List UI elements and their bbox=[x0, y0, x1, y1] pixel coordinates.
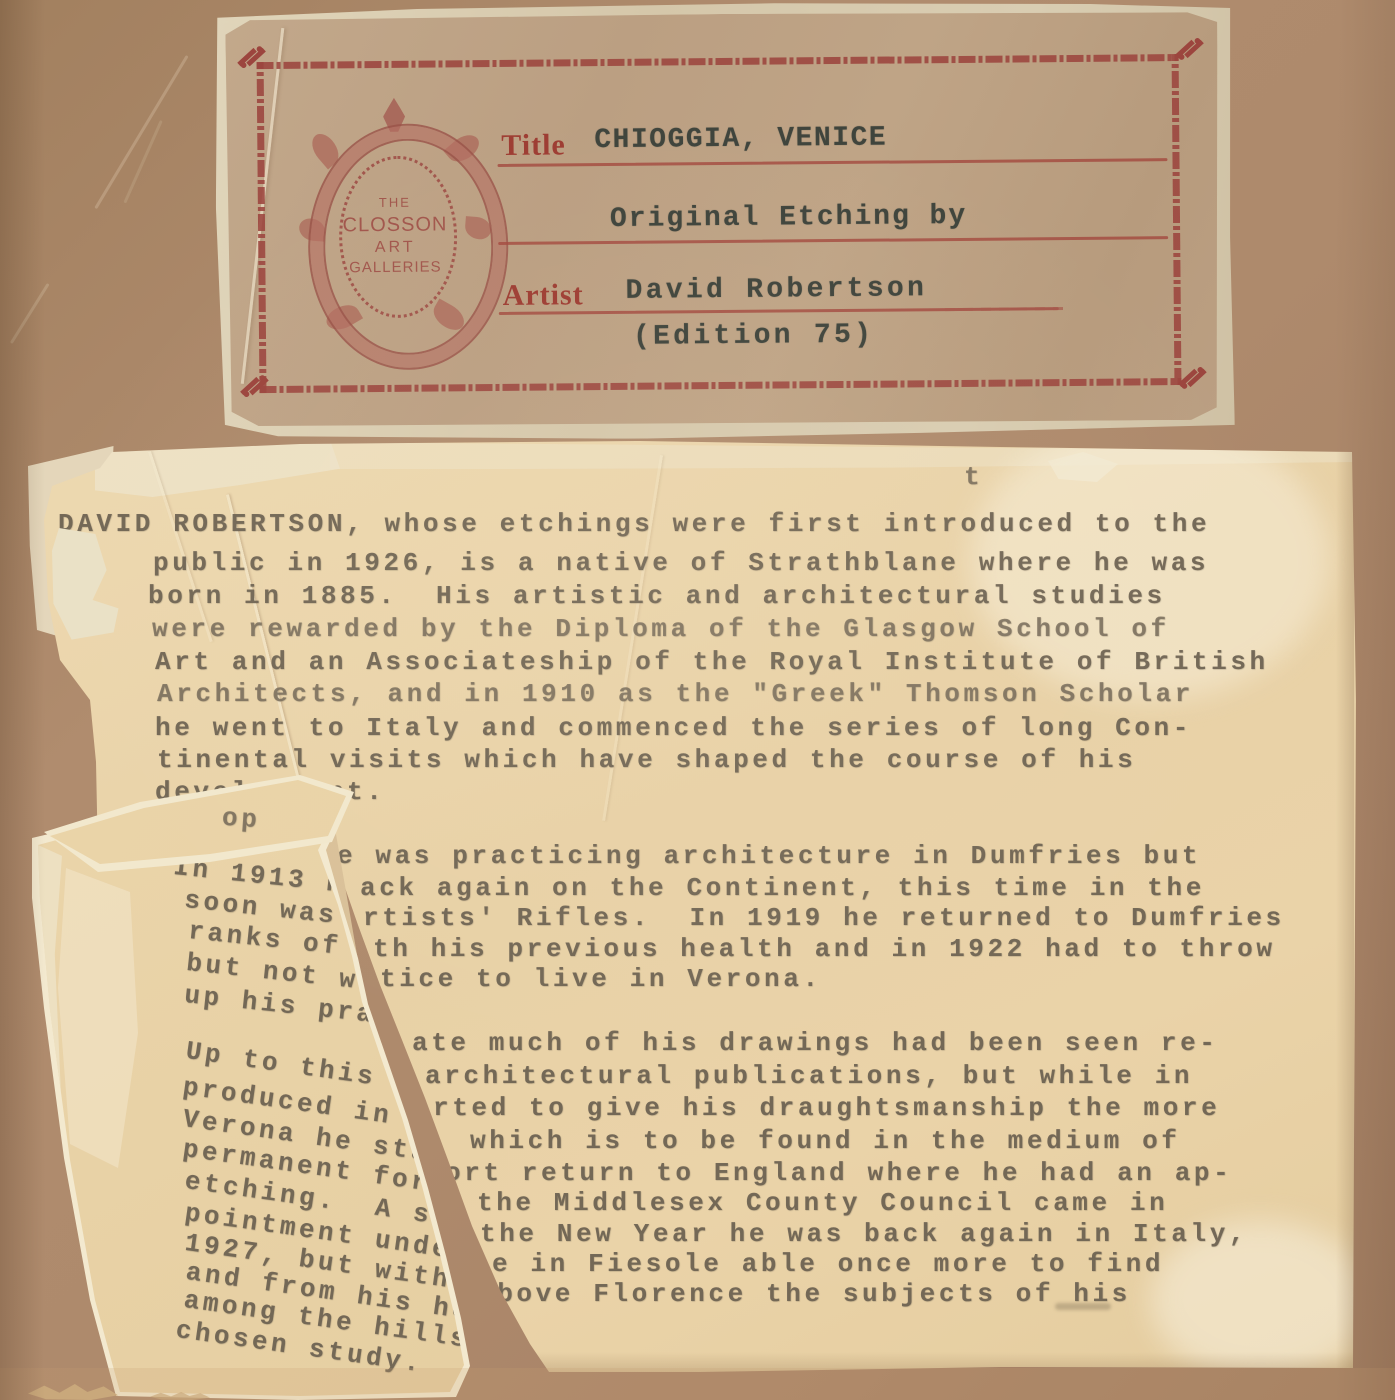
label-border-left bbox=[257, 62, 267, 393]
torn-hole bbox=[52, 522, 122, 642]
bio-line: he went to Italy and commenced the serie… bbox=[155, 713, 1192, 743]
logo-line: CLOSSON bbox=[303, 213, 487, 238]
middle-underline bbox=[498, 236, 1168, 245]
logo-text: THE CLOSSON ART GALLERIES bbox=[303, 195, 488, 277]
bio-line: public in 1926, is a native of Strathbla… bbox=[153, 548, 1209, 578]
bio-line: rted to give his draughtsmanship the mor… bbox=[433, 1093, 1220, 1123]
bio-line: the Middlesex County Council came in bbox=[477, 1188, 1168, 1218]
cardboard-scratch bbox=[123, 120, 162, 203]
bio-line: architectural publications, but while in bbox=[425, 1061, 1193, 1091]
bio-line: were rewarded by the Diploma of the Glas… bbox=[152, 614, 1170, 644]
label-border-right bbox=[1172, 54, 1182, 385]
label-border-top bbox=[257, 54, 1179, 69]
bio-line: ack again on the Continent, this time in… bbox=[360, 873, 1205, 903]
bio-line: tice to live in Verona. bbox=[380, 964, 822, 994]
edition-value: (Edition 75) bbox=[633, 320, 874, 353]
torn-edge-highlight bbox=[90, 440, 340, 500]
bio-line: ort return to England where he had an ap… bbox=[445, 1158, 1232, 1188]
logo-line: ART bbox=[303, 238, 487, 258]
artist-field-value: David Robertson bbox=[625, 273, 927, 307]
stray-character-fragment: t bbox=[964, 462, 983, 492]
bio-line: born in 1885. His artistic and architect… bbox=[148, 581, 1166, 611]
label-paper: THE CLOSSON ART GALLERIES Title CHIOGGIA… bbox=[225, 10, 1221, 429]
label-border-corner-icon bbox=[239, 45, 263, 69]
logo-line: THE bbox=[303, 195, 487, 212]
bio-line: DAVID ROBERTSON, whose etchings were fir… bbox=[58, 509, 1210, 539]
sheet-right-edge-shadow bbox=[1336, 452, 1354, 1368]
bio-line: Architects, and in 1910 as the "Greek" T… bbox=[157, 679, 1194, 709]
bio-line: tinental visits which have shaped the co… bbox=[157, 745, 1136, 775]
cardboard-scratch bbox=[10, 283, 50, 344]
label-border-bottom bbox=[259, 378, 1181, 393]
bio-line: Art and an Associateship of the Royal In… bbox=[155, 647, 1269, 677]
bio-line-fragment: op bbox=[221, 803, 261, 836]
bio-line: ate much of his drawings had been seen r… bbox=[412, 1028, 1219, 1058]
bio-line: above Florence the subjects of his bbox=[478, 1279, 1131, 1309]
bio-line: e in Fiesole able once more to find bbox=[492, 1249, 1164, 1279]
cardboard-scratch bbox=[94, 55, 188, 209]
logo-line: GALLERIES bbox=[303, 258, 487, 277]
bio-line: th his previous health and in 1922 had t… bbox=[373, 934, 1276, 964]
label-border-corner-icon bbox=[1177, 37, 1201, 61]
bio-line: rtists' Rifles. In 1919 he returned to D… bbox=[363, 903, 1285, 933]
label-border-corner-icon bbox=[1180, 366, 1204, 390]
bio-line: the New Year he was back again in Italy, bbox=[480, 1219, 1248, 1249]
title-field-label: Title bbox=[501, 128, 566, 163]
bio-line: which is to be found in the medium of bbox=[470, 1126, 1181, 1156]
closson-galleries-logo: THE CLOSSON ART GALLERIES bbox=[302, 109, 488, 351]
artist-field-label: Artist bbox=[503, 278, 584, 313]
middle-line-value: Original Etching by bbox=[610, 201, 968, 235]
title-field-value: CHIOGGIA, VENICE bbox=[594, 123, 887, 157]
photo-back-of-framed-etching: THE CLOSSON ART GALLERIES Title CHIOGGIA… bbox=[0, 0, 1395, 1400]
paper-layer bbox=[58, 868, 138, 1168]
cardboard-bottom-strip bbox=[0, 1368, 1395, 1400]
gallery-label: THE CLOSSON ART GALLERIES Title CHIOGGIA… bbox=[213, 0, 1237, 442]
label-border-corner-icon bbox=[242, 374, 266, 398]
bio-line: e was practicing architecture in Dumfrie… bbox=[337, 841, 1201, 871]
title-underline bbox=[498, 158, 1168, 167]
